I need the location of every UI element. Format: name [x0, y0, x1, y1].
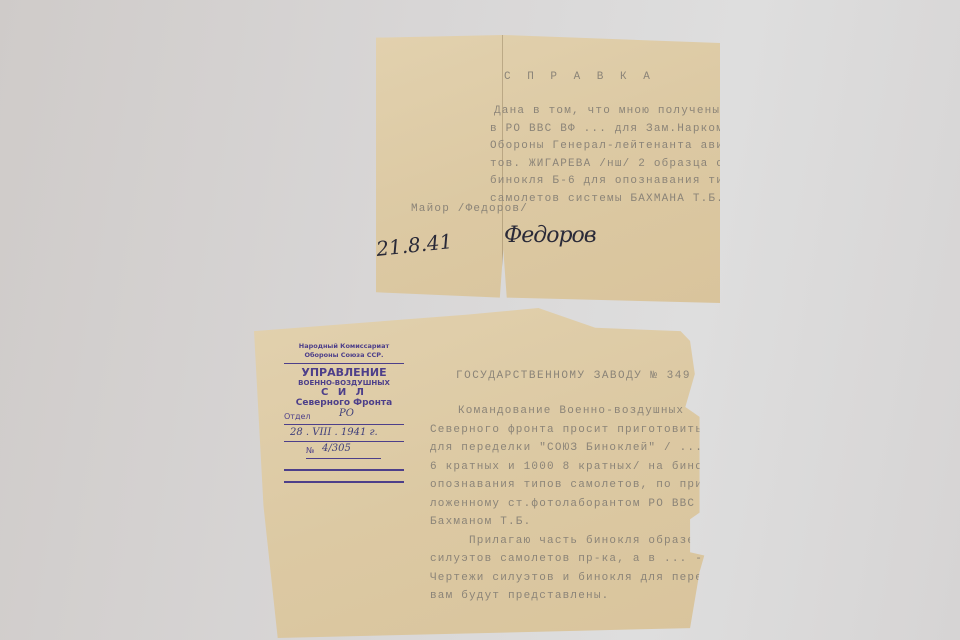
letter-line: опознавания типов самолетов, по принципу… [430, 476, 797, 495]
signature: Федоров [504, 223, 596, 248]
letter-line: Северного фронта просит приготовить дета… [430, 421, 797, 440]
stamp-rule [284, 459, 404, 471]
stamp-number-row: № 4/305 [306, 446, 381, 459]
document-certificate: С П Р А В К А Дана в том, что мною получ… [376, 35, 720, 303]
letter-line: Чертежи силуэтов и бинокля для переделки [430, 569, 797, 588]
stamp-line: УПРАВЛЕНИЕ [284, 363, 404, 379]
certificate-line: самолетов системы БАХМАНА Т.Б. [490, 191, 755, 209]
letter-line: Прилагаю часть бинокля образец установки [430, 532, 797, 551]
stamp-line: Обороны Союза ССР. [284, 351, 404, 360]
letter-line: ложенному ст.фотолаборантом РО ВВС С. Ф. [430, 495, 797, 514]
certificate-line: Дана в том, что мною получены [494, 103, 755, 121]
stamp-line: Северного Фронта [284, 398, 404, 408]
letter-line: Бахманом Т.Б. [430, 513, 797, 532]
certificate-body: Дана в том, что мною получены в РО ВВС В… [494, 103, 755, 208]
stamp-number-value: 4/305 [322, 443, 351, 454]
official-stamp: Народный Комиссариат Обороны Союза ССР. … [284, 342, 404, 483]
letter-line: для переделки "СОЮЗ Биноклей" / ... шт. [430, 439, 797, 458]
handwritten-date: 21.8.41 [375, 229, 453, 261]
certificate-line: бинокля Б-6 для опознавания типов [490, 173, 755, 191]
stamp-date-value: 28 . VIII . 1941 г. [290, 427, 378, 438]
certificate-line: в РО ВВС ВФ ... для Зам.Наркома [490, 121, 755, 139]
certificate-title: С П Р А В К А [504, 71, 655, 83]
letter-line: 6 кратных и 1000 8 кратных/ на бинокли д… [430, 458, 797, 477]
stamp-dept-label: Отдел [284, 412, 311, 421]
signature-label: Майор /Федоров/ [411, 203, 528, 215]
stamp-dept-value: РО [339, 408, 354, 419]
document-letter: Народный Комиссариат Обороны Союза ССР. … [254, 308, 728, 638]
stamp-dept-row: Отдел РО [284, 412, 404, 425]
letter-line: Командование Военно-воздушных сил [458, 402, 797, 421]
stamp-line: ВОЕННО-ВОЗДУШНЫХ [284, 379, 404, 387]
certificate-line: тов. ЖИГАРЕВА /нш/ 2 образца спец. [490, 156, 755, 174]
stamp-line: С И Л [284, 387, 404, 398]
letter-line: силуэтов самолетов пр-ка, а в ... - собс… [430, 550, 797, 569]
letter-addressee: ГОСУДАРСТВЕННОМУ ЗАВОДУ № 349 им.ОГПУ [456, 370, 756, 382]
stamp-line: Народный Комиссариат [284, 342, 404, 351]
certificate-line: Обороны Генерал-лейтенанта авиации [490, 138, 755, 156]
stamp-rule [284, 471, 404, 483]
letter-body: Командование Военно-воздушных сил Северн… [430, 402, 797, 606]
letter-line: вам будут представлены. [430, 587, 797, 606]
stamp-number-label: № [306, 446, 314, 455]
stamp-date-row: 28 . VIII . 1941 г. [284, 429, 404, 442]
